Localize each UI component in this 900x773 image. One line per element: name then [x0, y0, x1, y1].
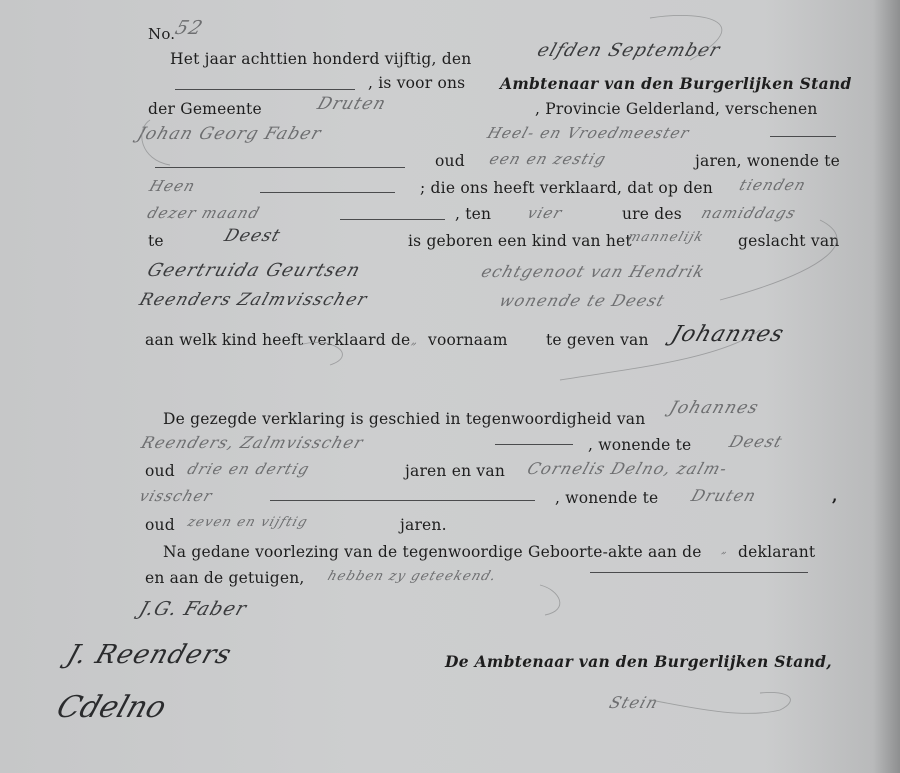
birth-certificate-page: No. 52 Het jaar achttien honderd vijftig…	[0, 0, 900, 773]
pen-flourishes	[0, 0, 900, 773]
